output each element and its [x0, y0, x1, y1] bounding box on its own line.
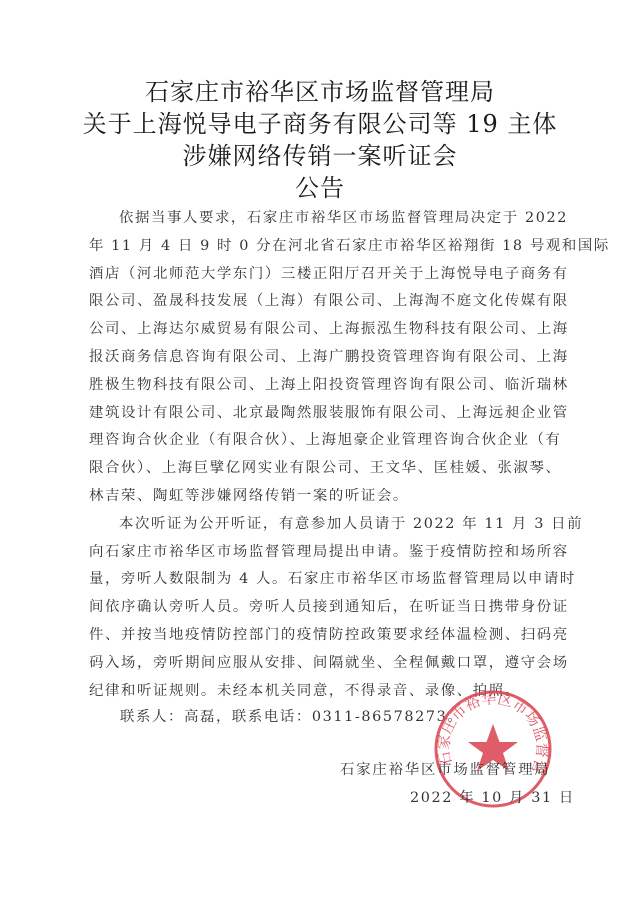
text-line: 限合伙）、上海巨擘亿网实业有限公司、王文华、匡桂媛、张淑琴、 — [89, 455, 539, 483]
paragraph-hearing-details: 依据当事人要求，石家庄市裕华区市场监督管理局决定于 2022 年 11 月 4 … — [89, 205, 539, 511]
text-line: 建筑设计有限公司、北京最陶然服装服饰有限公司、上海远昶企业管 — [89, 400, 539, 428]
title-line-subject: 关于上海悦导电子商务有限公司等 19 主体 — [0, 108, 640, 140]
notice-title: 石家庄市裕华区市场监督管理局 关于上海悦导电子商务有限公司等 19 主体 涉嫌网… — [0, 76, 640, 204]
contact-info: 联系人：高磊，联系电话：0311-86578273。 — [120, 705, 463, 726]
text-line: 限公司、盈晟科技发展（上海）有限公司、上海淘不庭文化传媒有限 — [89, 288, 539, 316]
text-line: 向石家庄市裕华区市场监督管理局提出申请。鉴于疫情防控和场所容 — [89, 539, 539, 567]
text-line: 码入场，旁听期间应服从安排、间隔就坐、全程佩戴口罩，遵守会场 — [89, 650, 539, 678]
text-line: 林吉荣、陶虹等涉嫌网络传销一案的听证会。 — [89, 483, 539, 511]
issuing-authority: 石家庄裕华区市场监督管理局 — [340, 758, 550, 779]
text-line: 年 11 月 4 日 9 时 0 分在河北省石家庄市裕华区裕翔街 18 号观和国… — [89, 233, 539, 261]
text-line: 间依序确认旁听人员。旁听人员接到通知后，在听证当日携带身份证 — [89, 594, 539, 622]
paragraph-attendance-rules: 本次听证为公开听证，有意参加人员请于 2022 年 11 月 3 日前 向石家庄… — [89, 511, 539, 706]
text-line: 本次听证为公开听证，有意参加人员请于 2022 年 11 月 3 日前 — [89, 511, 539, 539]
title-line-notice: 公告 — [0, 172, 640, 204]
text-line: 公司、上海达尔威贸易有限公司、上海振泓生物科技有限公司、上海 — [89, 316, 539, 344]
title-line-case: 涉嫌网络传销一案听证会 — [0, 140, 640, 172]
text-line: 件、并按当地疫情防控部门的疫情防控政策要求经体温检测、扫码亮 — [89, 622, 539, 650]
text-line: 量，旁听人数限制为 4 人。石家庄市裕华区市场监督管理局以申请时 — [89, 566, 539, 594]
text-line: 胜极生物科技有限公司、上海上阳投资管理咨询有限公司、临沂瑞林 — [89, 372, 539, 400]
text-line: 依据当事人要求，石家庄市裕华区市场监督管理局决定于 2022 — [89, 205, 539, 233]
issue-date: 2022 年 10 月 31 日 — [410, 786, 575, 807]
text-line: 理咨询合伙企业（有限合伙）、上海旭豪企业管理咨询合伙企业（有 — [89, 427, 539, 455]
notice-body: 依据当事人要求，石家庄市裕华区市场监督管理局决定于 2022 年 11 月 4 … — [89, 205, 539, 705]
text-line: 报沃商务信息咨询有限公司、上海广鹏投资管理咨询有限公司、上海 — [89, 344, 539, 372]
text-line: 酒店（河北师范大学东门）三楼正阳厅召开关于上海悦导电子商务有 — [89, 261, 539, 289]
title-line-agency: 石家庄市裕华区市场监督管理局 — [0, 76, 640, 108]
